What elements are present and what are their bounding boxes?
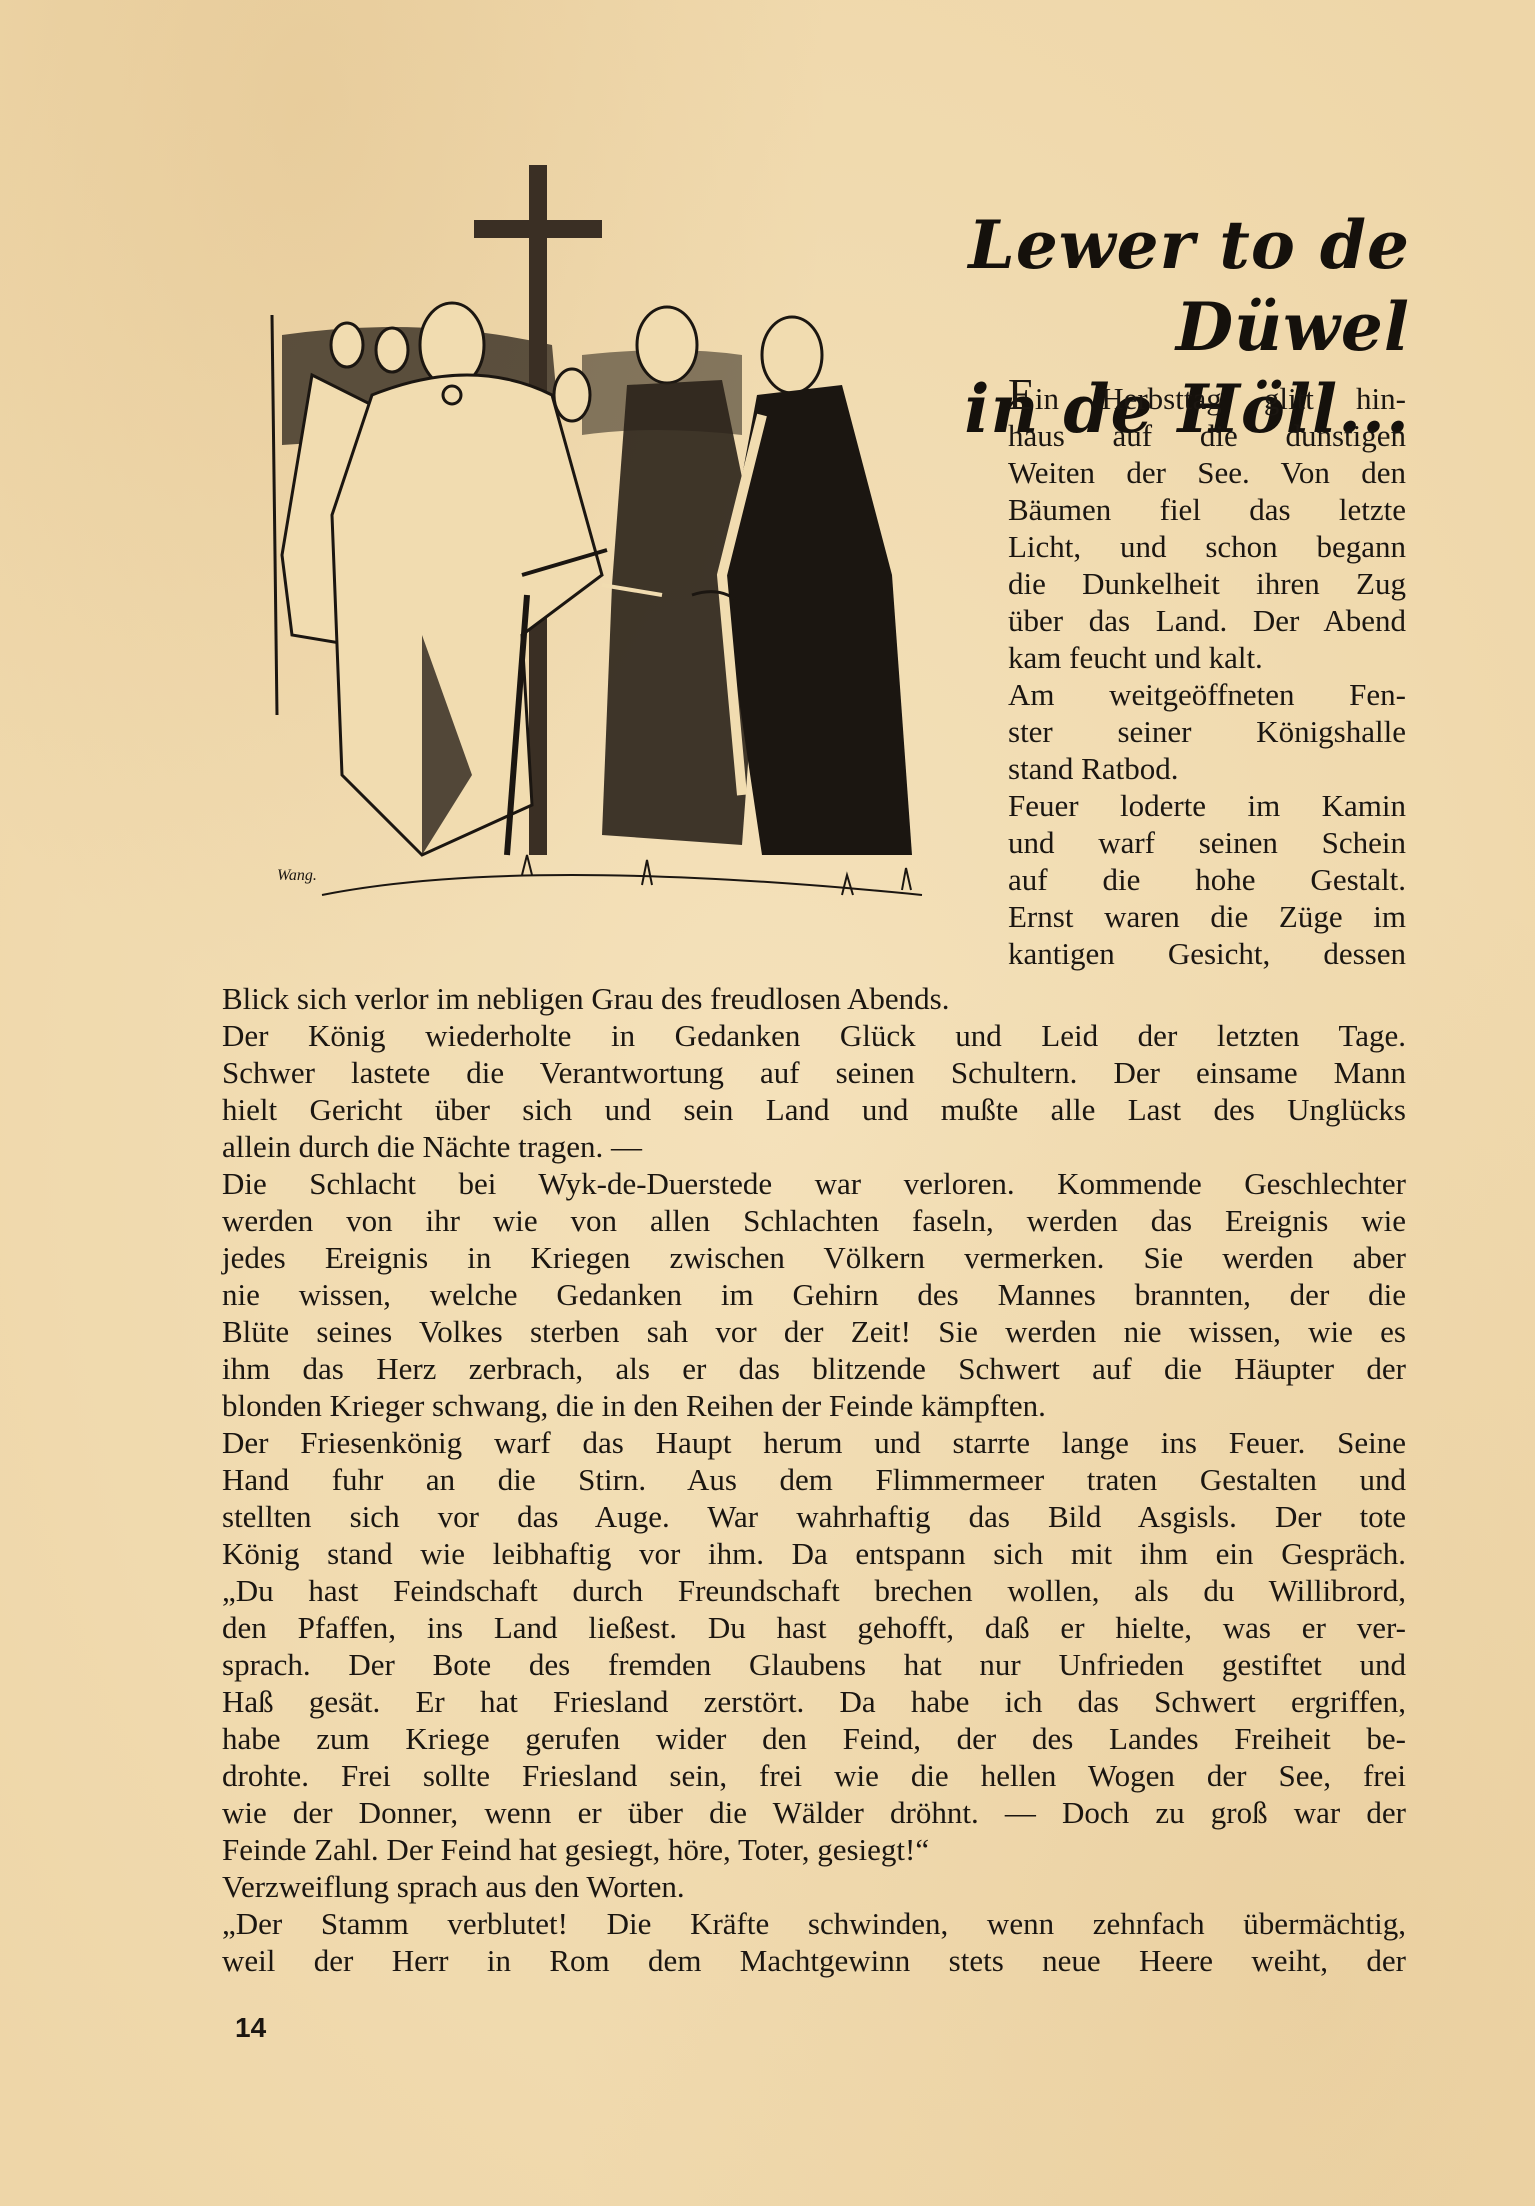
- article-line: ihm das Herz zerbrach, als er das blitze…: [222, 1350, 1406, 1387]
- article-line: Der Friesenkönig warf das Haupt herum un…: [222, 1424, 1406, 1461]
- article-line: den Pfaffen, ins Land ließest. Du hast g…: [222, 1609, 1406, 1646]
- article-line: über das Land. Der Abend: [1008, 602, 1406, 639]
- article-line: stellten sich vor das Auge. War wahrhaft…: [222, 1498, 1406, 1535]
- article-line: blonden Krieger schwang, die in den Reih…: [222, 1387, 1406, 1424]
- article-line: wie der Donner, wenn er über die Wälder …: [222, 1794, 1406, 1831]
- page-number: 14: [235, 2012, 266, 2044]
- article-line: werden von ihr wie von allen Schlachten …: [222, 1202, 1406, 1239]
- article-line: ster seiner Königshalle: [1008, 713, 1406, 750]
- article-line: nie wissen, welche Gedanken im Gehirn de…: [222, 1276, 1406, 1313]
- article-line: Blüte seines Volkes sterben sah vor der …: [222, 1313, 1406, 1350]
- article-line: stand Ratbod.: [1008, 750, 1406, 787]
- article-line: Die Schlacht bei Wyk-de-Duerstede war ve…: [222, 1165, 1406, 1202]
- article-line: haus auf die dunstigen: [1008, 417, 1406, 454]
- article-body: Blick sich verlor im nebligen Grau des f…: [222, 980, 1406, 1979]
- article-line: Ernst waren die Züge im: [1008, 898, 1406, 935]
- article-line: die Dunkelheit ihren Zug: [1008, 565, 1406, 602]
- article-line: sprach. Der Bote des fremden Glaubens ha…: [222, 1646, 1406, 1683]
- artist-signature: Wang.: [277, 867, 317, 884]
- article-line: Haß gesät. Er hat Friesland zerstört. Da…: [222, 1683, 1406, 1720]
- article-line: kantigen Gesicht, dessen: [1008, 935, 1406, 972]
- article-line: kam feucht und kalt.: [1008, 639, 1406, 676]
- article-line: Weiten der See. Von den: [1008, 454, 1406, 491]
- article-line: Feinde Zahl. Der Feind hat gesiegt, höre…: [222, 1831, 1406, 1868]
- article-line: drohte. Frei sollte Friesland sein, frei…: [222, 1757, 1406, 1794]
- drop-cap: E: [1008, 370, 1035, 419]
- article-line: allein durch die Nächte tragen. —: [222, 1128, 1406, 1165]
- article-line: Hand fuhr an die Stirn. Aus dem Flimmerm…: [222, 1461, 1406, 1498]
- article-line: „Du hast Feindschaft durch Freundschaft …: [222, 1572, 1406, 1609]
- article-line: hielt Gericht über sich und sein Land un…: [222, 1091, 1406, 1128]
- article-line: jedes Ereignis in Kriegen zwischen Völke…: [222, 1239, 1406, 1276]
- article-line: „Der Stamm verblutet! Die Kräfte schwind…: [222, 1905, 1406, 1942]
- article-line: Blick sich verlor im nebligen Grau des f…: [222, 980, 1406, 1017]
- king-and-monks-illustration-icon: Wang.: [222, 155, 992, 945]
- article-line: habe zum Kriege gerufen wider den Feind,…: [222, 1720, 1406, 1757]
- article-line: Licht, und schon begann: [1008, 528, 1406, 565]
- article-line: Bäumen fiel das letzte: [1008, 491, 1406, 528]
- article-line: auf die hohe Gestalt.: [1008, 861, 1406, 898]
- article-line: Der König wiederholte in Gedanken Glück …: [222, 1017, 1406, 1054]
- illustration: Wang.: [222, 155, 992, 945]
- article-right-column: Ein Herbsttag glitt hin- haus auf die du…: [1008, 380, 1406, 972]
- article-line: Verzweiflung sprach aus den Worten.: [222, 1868, 1406, 1905]
- article-line: Feuer loderte im Kamin: [1008, 787, 1406, 824]
- article-line: Am weitgeöffneten Fen-: [1008, 676, 1406, 713]
- article-line: und warf seinen Schein: [1008, 824, 1406, 861]
- article-line: Schwer lastete die Verantwortung auf sei…: [222, 1054, 1406, 1091]
- article-line: weil der Herr in Rom dem Machtgewinn ste…: [222, 1942, 1406, 1979]
- article-line: König stand wie leibhaftig vor ihm. Da e…: [222, 1535, 1406, 1572]
- article-line: Ein Herbsttag glitt hin-: [1008, 380, 1406, 417]
